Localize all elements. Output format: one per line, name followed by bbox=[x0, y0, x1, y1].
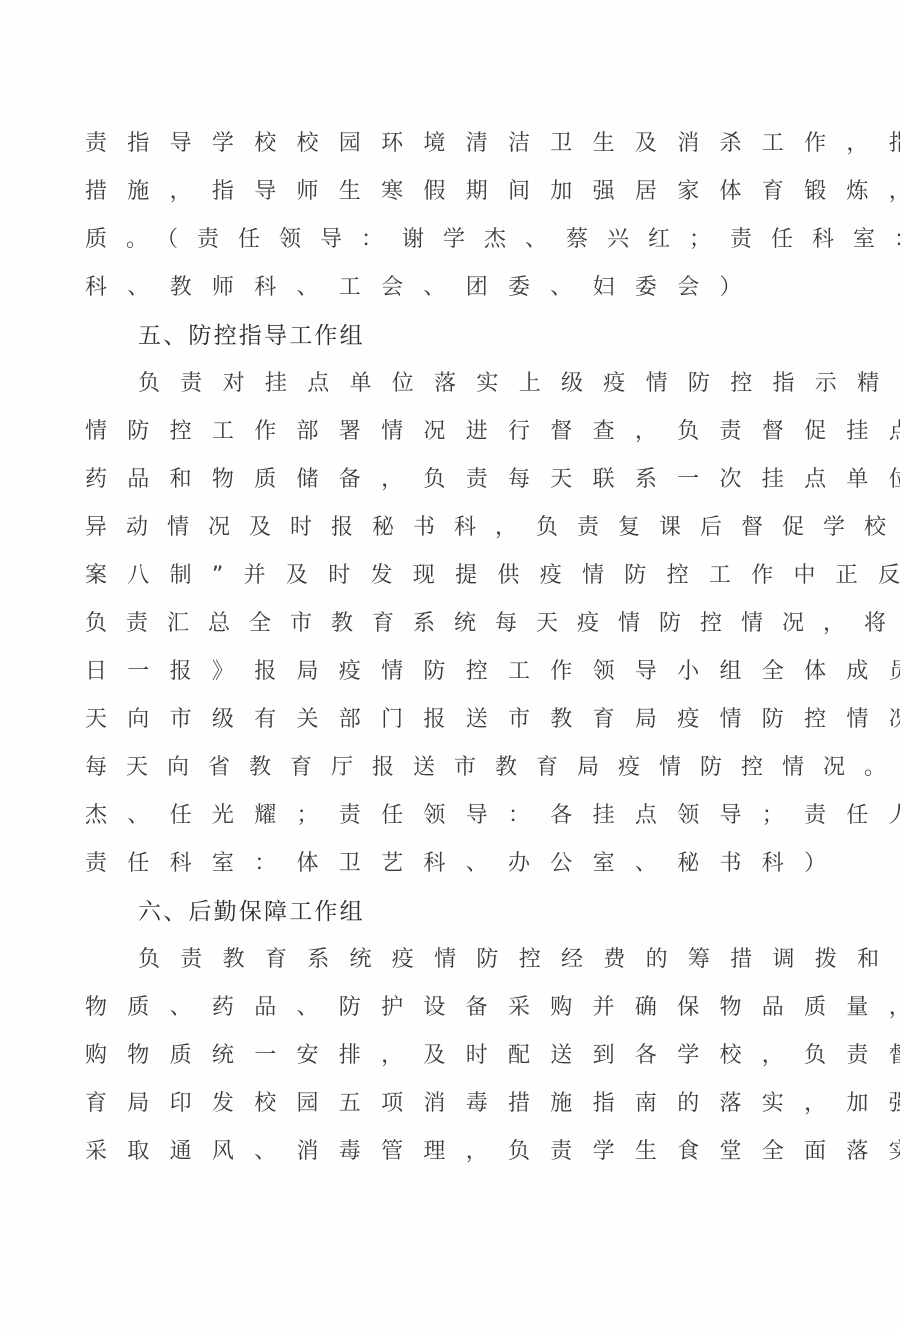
text-line: 药品和物质储备，负责每天联系一次挂点单位防控动态、人员 bbox=[85, 456, 805, 504]
text-line: 天向市级有关部门报送市教育局疫情防控情况，体卫艺科负责 bbox=[85, 696, 805, 744]
text-line: 每天向省教育厅报送市教育局疫情防控情况。（牵头领导：谢学 bbox=[85, 744, 805, 792]
text-line: 杰、任光耀；责任领导：各挂点领导；责任人：各挂点干部； bbox=[85, 792, 805, 840]
text-line: 负责汇总全市教育系统每天疫情防控情况，将重要情况编成《每 bbox=[85, 600, 805, 648]
paragraph-logistics-support: 负责教育系统疫情防控经费的筹措调拨和使用，疫情防控 物质、药品、防护设备采购并确… bbox=[85, 936, 805, 1176]
text-line: 措施，指导师生寒假期间加强居家体育锻炼，提高自身身体素 bbox=[85, 168, 805, 216]
text-line: 责任科室：体卫艺科、办公室、秘书科） bbox=[85, 840, 805, 888]
text-line: 负责对挂点单位落实上级疫情防控指示精神和市教育局疫 bbox=[85, 360, 805, 408]
text-line: 采取通风、消毒管理，负责学生食堂全面落实市教育局学校食 bbox=[85, 1128, 805, 1176]
text-line: 日一报》报局疫情防控工作领导小组全体成员，办公室负责每 bbox=[85, 648, 805, 696]
text-line: 购物质统一安排，及时配送到各学校，负责督促学校落实市教 bbox=[85, 1032, 805, 1080]
section-heading-prevention-guidance: 五、防控指导工作组 bbox=[85, 312, 805, 360]
document-page: 责指导学校校园环境清洁卫生及消杀工作，指导师生做好防护 措施，指导师生寒假期间加… bbox=[0, 0, 900, 1330]
text-line: 责指导学校校园环境清洁卫生及消杀工作，指导师生做好防护 bbox=[85, 120, 805, 168]
text-line: 异动情况及时报秘书科，负责复课后督促学校执行传染病“一 bbox=[85, 504, 805, 552]
text-line: 科、教师科、工会、团委、妇委会） bbox=[85, 264, 805, 312]
scan-speck bbox=[860, 673, 862, 675]
text-line: 负责教育系统疫情防控经费的筹措调拨和使用，疫情防控 bbox=[85, 936, 805, 984]
text-line: 物质、药品、防护设备采购并确保物品质量，负责疫情防控所 bbox=[85, 984, 805, 1032]
text-line: 质。（责任领导：谢学杰、蔡兴红；责任科室：体卫艺科、人事 bbox=[85, 216, 805, 264]
section-heading-logistics-support: 六、后勤保障工作组 bbox=[85, 888, 805, 936]
document-body: 责指导学校校园环境清洁卫生及消杀工作，指导师生做好防护 措施，指导师生寒假期间加… bbox=[85, 120, 805, 1176]
paragraph-continuation: 责指导学校校园环境清洁卫生及消杀工作，指导师生做好防护 措施，指导师生寒假期间加… bbox=[85, 120, 805, 312]
text-line: 情防控工作部署情况进行督查，负责督促挂点学校做好复课前 bbox=[85, 408, 805, 456]
text-line: 案八制”并及时发现提供疫情防控工作中正反面典型。办公室 bbox=[85, 552, 805, 600]
text-line: 育局印发校园五项消毒措施指南的落实，加强教室、学生宿舍 bbox=[85, 1080, 805, 1128]
paragraph-prevention-guidance: 负责对挂点单位落实上级疫情防控指示精神和市教育局疫 情防控工作部署情况进行督查，… bbox=[85, 360, 805, 888]
